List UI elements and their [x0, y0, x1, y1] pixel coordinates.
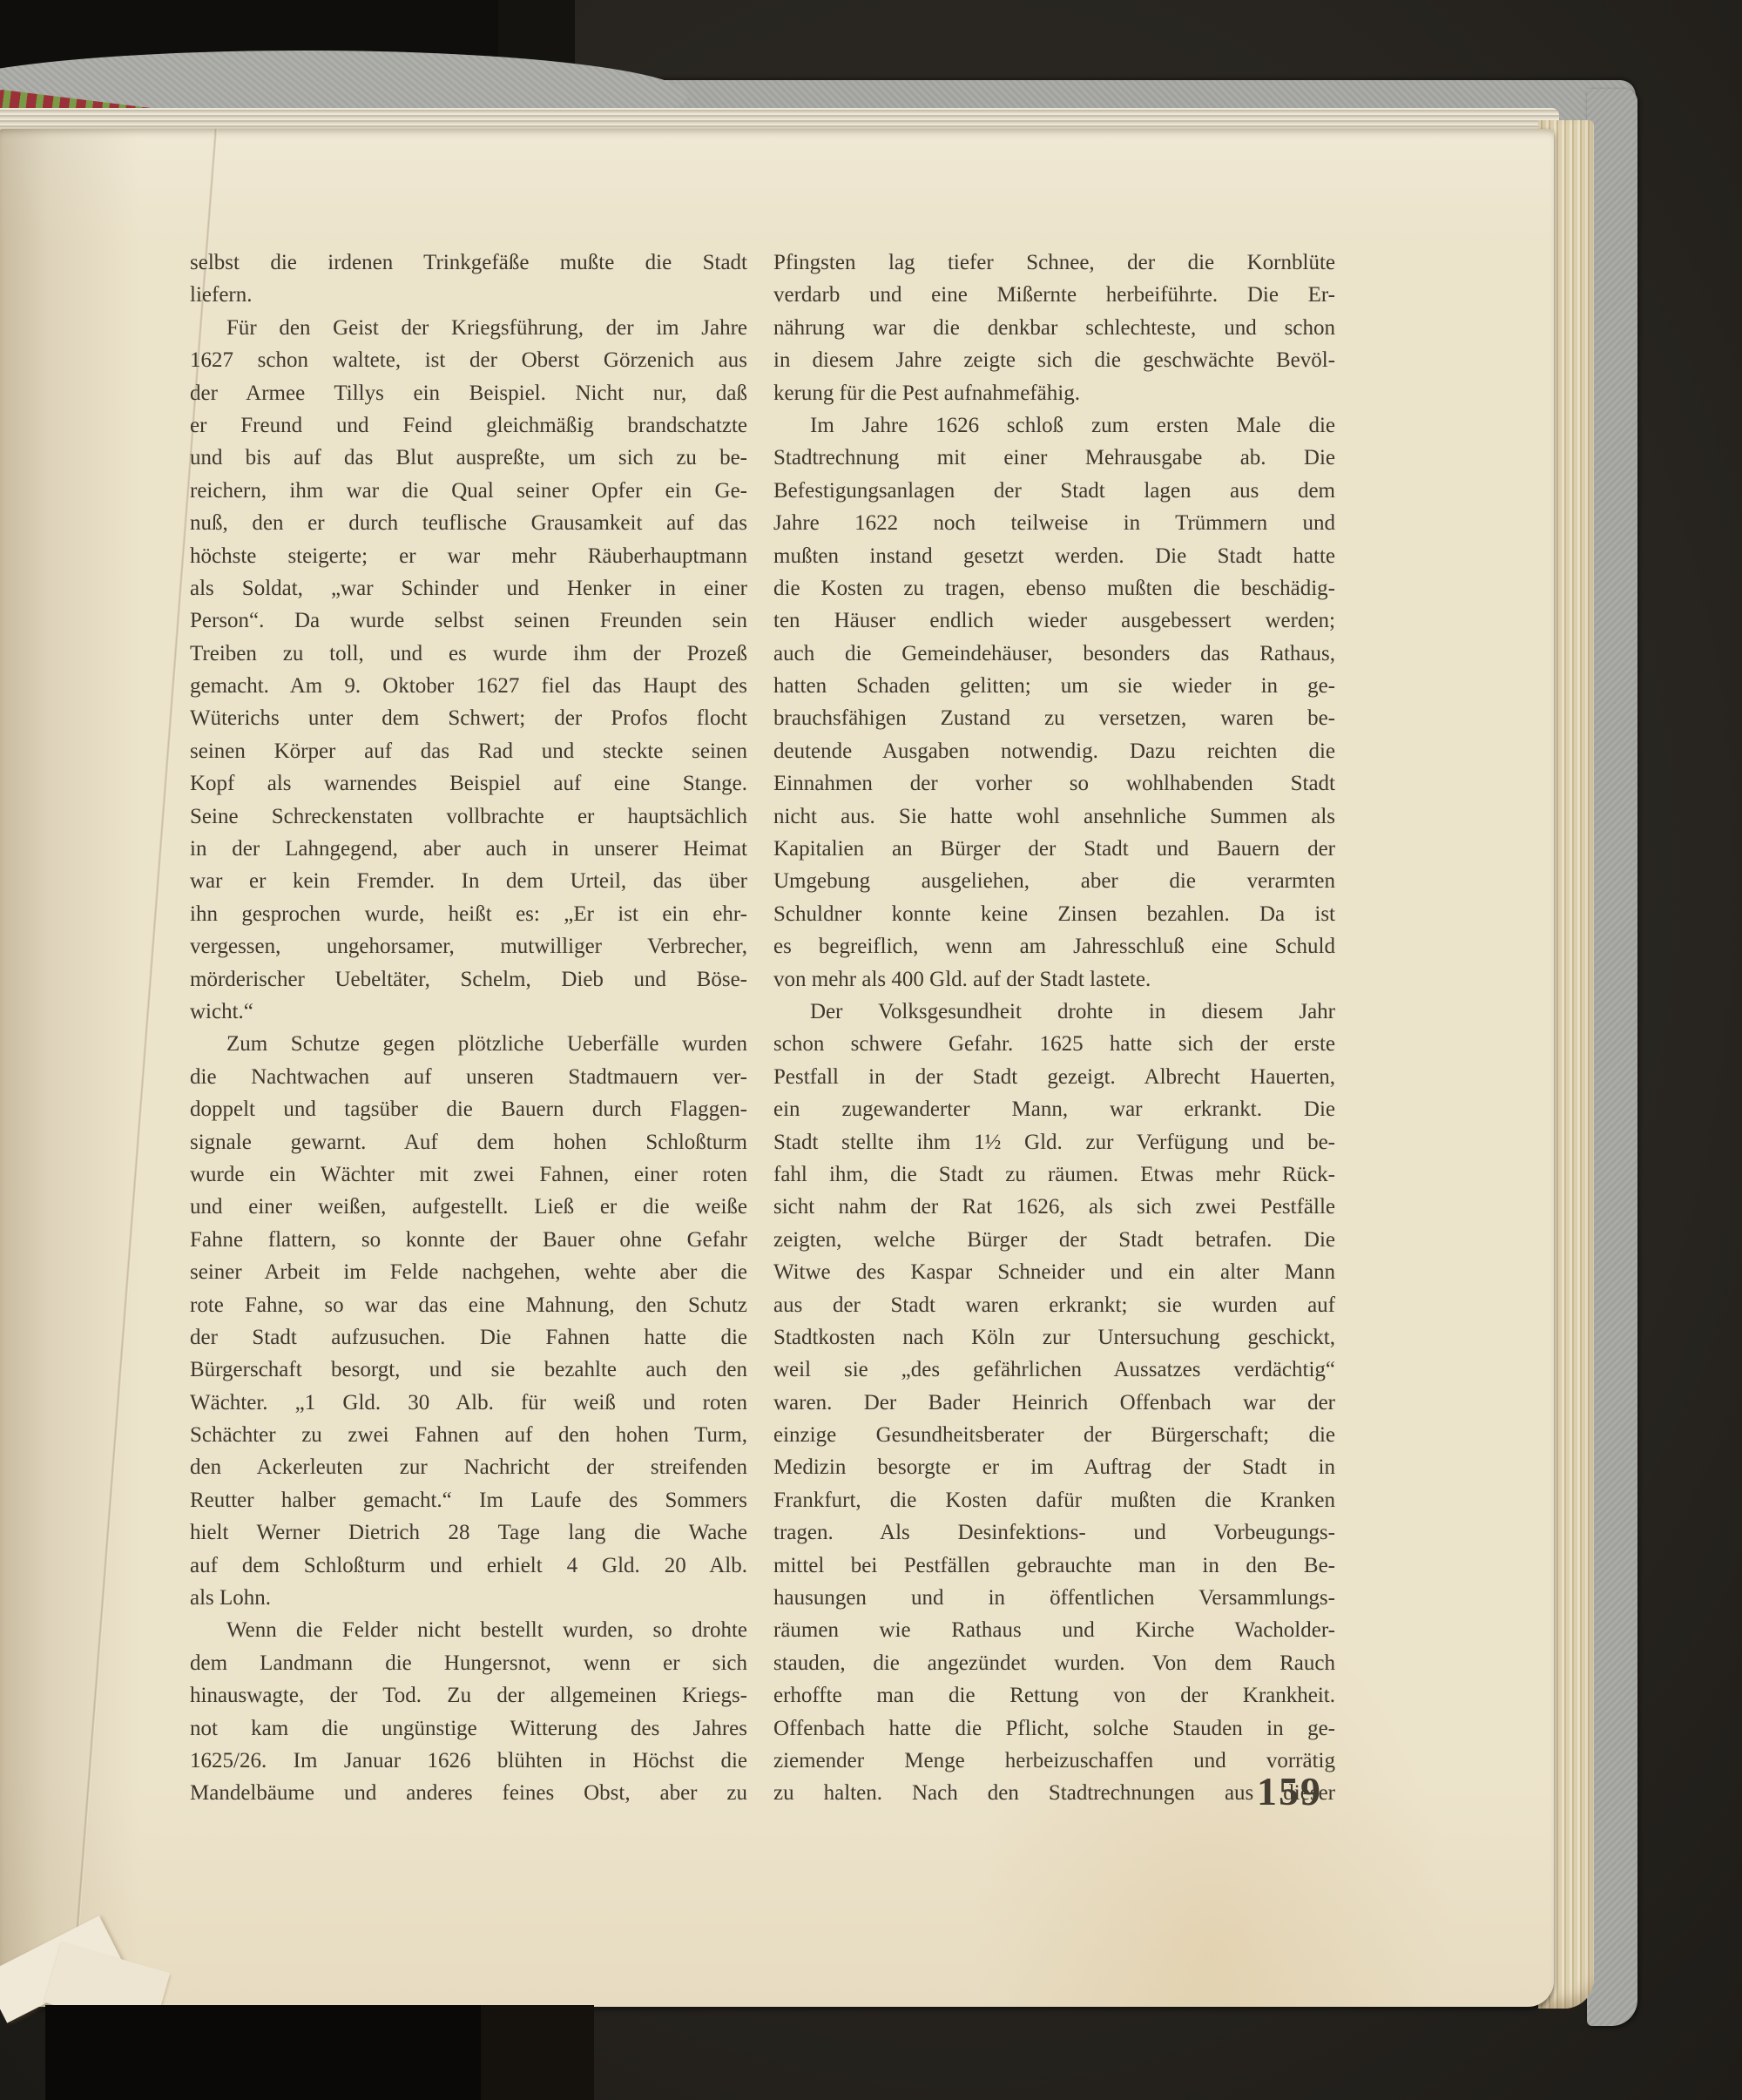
text-line: Jahre 1622 noch teilweise in Trümmern un…: [773, 507, 1335, 539]
text-line: Mandelbäume und anderes feines Obst, abe…: [190, 1777, 747, 1809]
text-line: Befestigungsanlagen der Stadt lagen aus …: [773, 475, 1335, 507]
text-line: der Armee Tillys ein Beispiel. Nicht nur…: [190, 377, 747, 409]
text-line: stauden, die angezündet wurden. Von dem …: [773, 1647, 1335, 1679]
text-line: Witwe des Kaspar Schneider und ein alter…: [773, 1256, 1335, 1288]
text-line: doppelt und tagsüber die Bauern durch Fl…: [190, 1093, 747, 1125]
text-line: auf dem Schloßturm und erhielt 4 Gld. 20…: [190, 1550, 747, 1582]
text-line: Pestfall in der Stadt gezeigt. Albrecht …: [773, 1061, 1335, 1093]
text-line: Treiben zu toll, und es wurde ihm der Pr…: [190, 638, 747, 670]
text-line: als Lohn.: [190, 1582, 747, 1614]
background-shadow-bottom-left: [45, 2005, 481, 2100]
text-line: in der Lahngegend, aber auch in unserer …: [190, 833, 747, 865]
text-line: Kopf als warnendes Beispiel auf eine Sta…: [190, 767, 747, 800]
text-line: und einer weißen, aufgestellt. Ließ er d…: [190, 1191, 747, 1223]
text-line: vergessen, ungehorsamer, mutwilliger Ver…: [190, 930, 747, 962]
text-line: mittel bei Pestfällen gebrauchte man in …: [773, 1550, 1335, 1582]
text-line: räumen wie Rathaus und Kirche Wacholder-: [773, 1614, 1335, 1646]
column-1: selbst die irdenen Trinkgefäße mußte die…: [190, 246, 747, 1810]
text-line: den Ackerleuten zur Nachricht der streif…: [190, 1451, 747, 1483]
text-line: aus der Stadt waren erkrankt; sie wurden…: [773, 1289, 1335, 1321]
text-line: nuß, den er durch teuflische Grausamkeit…: [190, 507, 747, 539]
text-line: die Kosten zu tragen, ebenso mußten die …: [773, 572, 1335, 604]
text-line: der Stadt aufzusuchen. Die Fahnen hatte …: [190, 1321, 747, 1354]
text-line: ten Häuser endlich wieder ausgebessert w…: [773, 604, 1335, 637]
book-cover-right-edge: [1587, 89, 1637, 2026]
text-line: Wächter. „1 Gld. 30 Alb. für weiß und ro…: [190, 1387, 747, 1419]
text-line: hausungen und in öffentlichen Versammlun…: [773, 1582, 1335, 1614]
text-line: Umgebung ausgeliehen, aber die verarmten: [773, 865, 1335, 897]
text-line: in diesem Jahre zeigte sich die geschwäc…: [773, 344, 1335, 376]
text-line: Wüterichs unter dem Schwert; der Profos …: [190, 702, 747, 734]
text-line: Person“. Da wurde selbst seinen Freunden…: [190, 604, 747, 637]
column-2: Pfingsten lag tiefer Schnee, der die Kor…: [773, 246, 1335, 1810]
text-line: mörderischer Uebeltäter, Schelm, Dieb un…: [190, 963, 747, 996]
text-line: Stadtkosten nach Köln zur Untersuchung g…: [773, 1321, 1335, 1354]
text-line: Reutter halber gemacht.“ Im Laufe des So…: [190, 1484, 747, 1516]
text-line: gemacht. Am 9. Oktober 1627 fiel das Hau…: [190, 670, 747, 702]
text-line: Fahne flattern, so konnte der Bauer ohne…: [190, 1224, 747, 1256]
text-line: sicht nahm der Rat 1626, als sich zwei P…: [773, 1191, 1335, 1223]
text-line: war er kein Fremder. In dem Urteil, das …: [190, 865, 747, 897]
text-line: hielt Werner Dietrich 28 Tage lang die W…: [190, 1516, 747, 1549]
text-line: 1625/26. Im Januar 1626 blühten in Höchs…: [190, 1745, 747, 1777]
text-line: Offenbach hatte die Pflicht, solche Stau…: [773, 1712, 1335, 1745]
text-line: hatten Schaden gelitten; um sie wieder i…: [773, 670, 1335, 702]
text-line: ihn gesprochen wurde, heißt es: „Er ist …: [190, 898, 747, 930]
text-line: Schuldner konnte keine Zinsen bezahlen. …: [773, 898, 1335, 930]
text-line: höchste steigerte; er war mehr Räuberhau…: [190, 540, 747, 572]
text-line: auch die Gemeindehäuser, besonders das R…: [773, 638, 1335, 670]
text-line: weil sie „des gefährlichen Aussatzes ver…: [773, 1354, 1335, 1386]
text-line: es begreiflich, wenn am Jahresschluß ein…: [773, 930, 1335, 962]
text-line: zu halten. Nach den Stadtrechnungen aus …: [773, 1777, 1335, 1809]
text-line: fahl ihm, die Stadt zu räumen. Etwas meh…: [773, 1158, 1335, 1191]
text-line: Schächter zu zwei Fahnen auf den hohen T…: [190, 1419, 747, 1451]
background-shadow-bottom-mid: [481, 2005, 594, 2100]
text-line: kerung für die Pest aufnahmefähig.: [773, 377, 1335, 409]
text-line: Stadt stellte ihm 1½ Gld. zur Verfügung …: [773, 1126, 1335, 1158]
text-line: seinen Körper auf das Rad und steckte se…: [190, 735, 747, 767]
text-line: schon schwere Gefahr. 1625 hatte sich de…: [773, 1028, 1335, 1060]
scanned-book-photo: { "page": { "number": "159", "language":…: [0, 0, 1742, 2100]
text-line: seiner Arbeit im Felde nachgehen, wehte …: [190, 1256, 747, 1288]
text-line: Für den Geist der Kriegsführung, der im …: [190, 312, 747, 344]
text-line: Einnahmen der vorher so wohlhabenden Sta…: [773, 767, 1335, 800]
text-line: dem Landmann die Hungersnot, wenn er sic…: [190, 1647, 747, 1679]
page-number: 159: [1257, 1768, 1335, 1815]
text-line: mußten instand gesetzt werden. Die Stadt…: [773, 540, 1335, 572]
text-line: zeigten, welche Bürger der Stadt betrafe…: [773, 1224, 1335, 1256]
text-line: ein zugewanderter Mann, war erkrankt. Di…: [773, 1093, 1335, 1125]
text-line: die Nachtwachen auf unseren Stadtmauern …: [190, 1061, 747, 1093]
text-line: Pfingsten lag tiefer Schnee, der die Kor…: [773, 246, 1335, 279]
text-line: und bis auf das Blut auspreßte, um sich …: [190, 442, 747, 474]
text-line: erhoffte man die Rettung von der Krankhe…: [773, 1679, 1335, 1712]
text-line: not kam die ungünstige Witterung des Jah…: [190, 1712, 747, 1745]
text-line: Seine Schreckenstaten vollbrachte er hau…: [190, 800, 747, 833]
text-line: Frankfurt, die Kosten dafür mußten die K…: [773, 1484, 1335, 1516]
text-line: als Soldat, „war Schinder und Henker in …: [190, 572, 747, 604]
text-line: einzige Gesundheitsberater der Bürgersch…: [773, 1419, 1335, 1451]
text-line: selbst die irdenen Trinkgefäße mußte die…: [190, 246, 747, 279]
text-line: reichern, ihm war die Qual seiner Opfer …: [190, 475, 747, 507]
text-line: er Freund und Feind gleichmäßig brandsch…: [190, 409, 747, 442]
text-line: tragen. Als Desinfektions- und Vorbeugun…: [773, 1516, 1335, 1549]
text-line: nährung war die denkbar schlechteste, un…: [773, 312, 1335, 344]
text-line: signale gewarnt. Auf dem hohen Schloßtur…: [190, 1126, 747, 1158]
text-line: Zum Schutze gegen plötzliche Ueberfälle …: [190, 1028, 747, 1060]
text-line: verdarb und eine Mißernte herbeiführte. …: [773, 279, 1335, 311]
text-line: ziemender Menge herbeizuschaffen und vor…: [773, 1745, 1335, 1777]
text-line: deutende Ausgaben notwendig. Dazu reicht…: [773, 735, 1335, 767]
text-line: hinauswagte, der Tod. Zu der allgemeinen…: [190, 1679, 747, 1712]
text-line: nicht aus. Sie hatte wohl ansehnliche Su…: [773, 800, 1335, 833]
text-line: liefern.: [190, 279, 747, 311]
text-line: Bürgerschaft besorgt, und sie bezahlte a…: [190, 1354, 747, 1386]
text-line: wicht.“: [190, 996, 747, 1028]
text-line: Der Volksgesundheit drohte in diesem Jah…: [773, 996, 1335, 1028]
text-line: 1627 schon waltete, ist der Oberst Görze…: [190, 344, 747, 376]
text-line: Medizin besorgte er im Auftrag der Stadt…: [773, 1451, 1335, 1483]
text-line: brauchsfähigen Zustand zu versetzen, war…: [773, 702, 1335, 734]
text-line: von mehr als 400 Gld. auf der Stadt last…: [773, 963, 1335, 996]
text-line: rote Fahne, so war das eine Mahnung, den…: [190, 1289, 747, 1321]
text-line: Stadtrechnung mit einer Mehrausgabe ab. …: [773, 442, 1335, 474]
text-line: wurde ein Wächter mit zwei Fahnen, einer…: [190, 1158, 747, 1191]
text-line: waren. Der Bader Heinrich Offenbach war …: [773, 1387, 1335, 1419]
text-line: Kapitalien an Bürger der Stadt und Bauer…: [773, 833, 1335, 865]
text-line: Wenn die Felder nicht bestellt wurden, s…: [190, 1614, 747, 1646]
text-line: Im Jahre 1626 schloß zum ersten Male die: [773, 409, 1335, 442]
